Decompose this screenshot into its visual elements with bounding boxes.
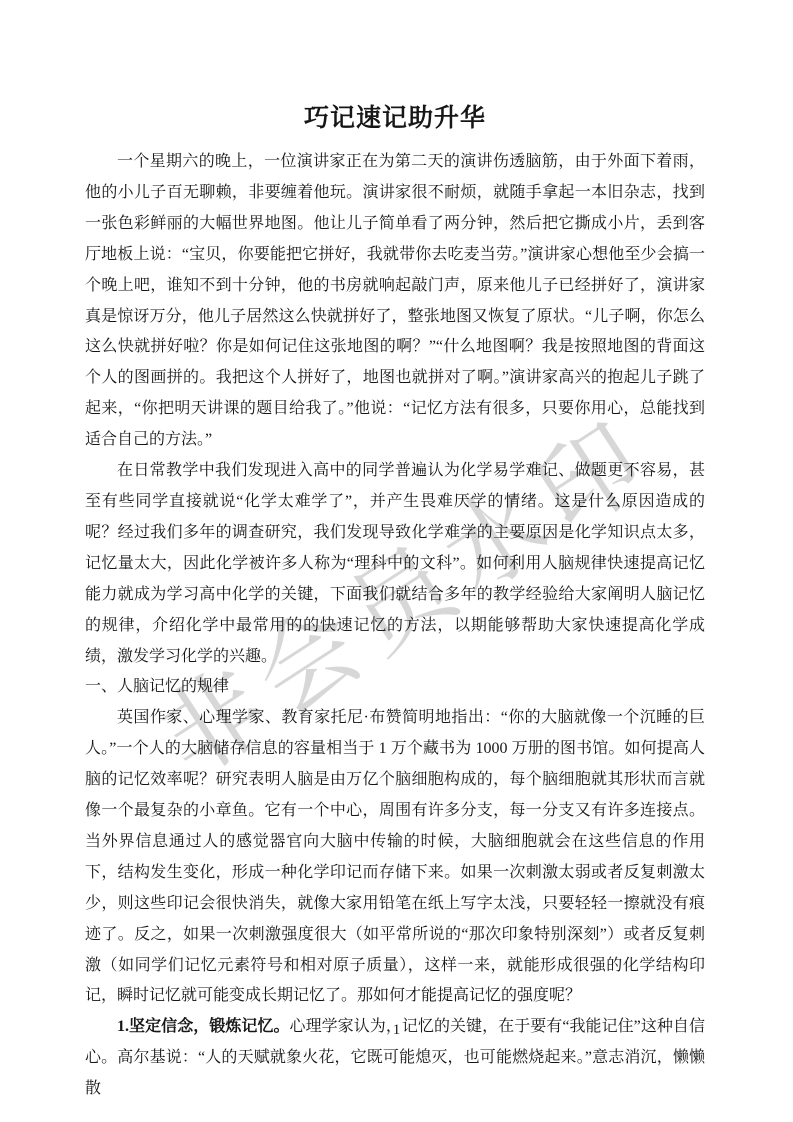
paragraph-chemistry-intro: 在日常教学中我们发现进入高中的同学普遍认为化学易学难记、做题更不容易，甚至有些同… xyxy=(85,456,705,672)
section-heading-brain-memory-rules: 一、人脑记忆的规律 xyxy=(85,672,705,703)
paragraph-brain-memory: 英国作家、心理学家、教育家托尼·布赞简明地指出：“你的大脑就像一个沉睡的巨人。”… xyxy=(85,703,705,1012)
paragraph-story: 一个星期六的晚上，一位演讲家正在为第二天的演讲伤透脑筋，由于外面下着雨，他的小儿… xyxy=(85,147,705,456)
page-number: 1 xyxy=(0,1022,793,1039)
document-page: 非会员水印 巧记速记助升华 一个星期六的晚上，一位演讲家正在为第二天的演讲伤透脑… xyxy=(0,0,793,1122)
document-title: 巧记速记助升华 xyxy=(85,98,705,134)
document-content: 巧记速记助升华 一个星期六的晚上，一位演讲家正在为第二天的演讲伤透脑筋，由于外面… xyxy=(85,98,705,1105)
